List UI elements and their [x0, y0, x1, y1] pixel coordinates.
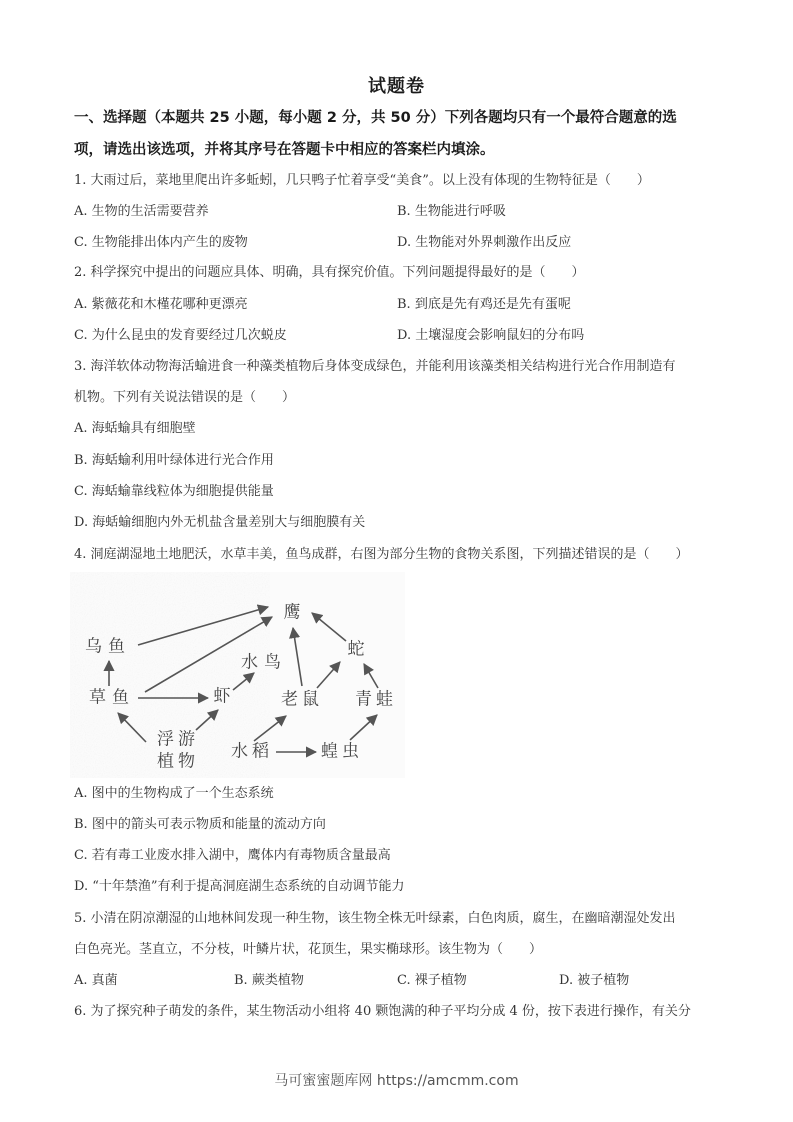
question-3-stem-line-1: 3. 海洋软体动物海活蝓进食一种藻类植物后身体变成绿色，并能利用该藻类相关结构进… [74, 358, 676, 376]
option-text: 图中的生物构成了一个生态系统 [92, 786, 274, 801]
question-number: 5. [74, 911, 86, 926]
node-black-carp: 乌鱼 [85, 637, 131, 657]
question-5-stem-line-1: 5. 小清在阴凉潮湿的山地林间发现一种生物，该生物全株无叶绿素，白色肉质，腐生，… [74, 910, 676, 928]
question-2-option-d[interactable]: D. 土壤湿度会影响鼠妇的分布吗 [397, 327, 584, 345]
section-heading-line-1: 一、选择题（本题共 25 小题，每小题 2 分，共 50 分）下列各题均只有一个… [74, 102, 734, 134]
option-text: 生物能进行呼吸 [415, 204, 506, 219]
node-plankton-line-2: 植物 [157, 752, 199, 772]
question-4-option-a[interactable]: A. 图中的生物构成了一个生态系统 [74, 785, 274, 803]
question-5-option-b[interactable]: B. 蕨类植物 [234, 972, 304, 990]
node-locust: 蝗虫 [321, 742, 363, 762]
question-2-option-b[interactable]: B. 到底是先有鸡还是先有蛋呢 [397, 296, 571, 314]
question-number: 4. [74, 547, 86, 562]
option-text: 裸子植物 [415, 973, 467, 988]
question-text: 小清在阴凉潮湿的山地林间发现一种生物，该生物全株无叶绿素，白色肉质，腐生，在幽暗… [91, 911, 676, 926]
question-6-stem: 6. 为了探究种子萌发的条件，某生物活动小组将 40 颗饱满的种子平均分成 4 … [74, 1003, 691, 1021]
option-text: “十年禁渔”有利于提高洞庭湖生态系统的自动调节能力 [92, 879, 404, 894]
option-text: 海蛞蝓利用叶绿体进行光合作用 [92, 453, 274, 468]
option-text: 海蛞蝓细胞内外无机盐含量差别大与细胞膜有关 [92, 515, 365, 530]
question-text: 为了探究种子萌发的条件，某生物活动小组将 40 颗饱满的种子平均分成 4 份，按… [91, 1004, 691, 1019]
option-label: A. [74, 297, 88, 312]
option-label: B. [397, 297, 411, 312]
option-label: D. [397, 235, 411, 250]
node-frog: 青蛙 [355, 690, 397, 710]
question-3-option-d[interactable]: D. 海蛞蝓细胞内外无机盐含量差别大与细胞膜有关 [74, 514, 365, 532]
node-plankton-line-1: 浮游 [157, 730, 199, 750]
question-3-stem-line-2: 机物。下列有关说法错误的是（ ） [74, 389, 295, 407]
option-text: 紫薇花和木槿花哪种更漂亮 [92, 297, 248, 312]
option-text: 图中的箭头可表示物质和能量的流动方向 [92, 817, 326, 832]
option-label: B. [74, 817, 88, 832]
option-text: 生物能对外界刺激作出反应 [415, 235, 571, 250]
question-5-option-c[interactable]: C. 裸子植物 [397, 972, 467, 990]
question-number: 6. [74, 1004, 86, 1019]
option-label: D. [74, 879, 88, 894]
option-text: 海蛞蝓具有细胞壁 [92, 421, 196, 436]
question-4-option-c[interactable]: C. 若有毒工业废水排入湖中，鹰体内有毒物质含量最高 [74, 847, 391, 865]
section-heading: 一、选择题（本题共 25 小题，每小题 2 分，共 50 分）下列各题均只有一个… [74, 102, 734, 166]
question-5-option-d[interactable]: D. 被子植物 [559, 972, 629, 990]
option-text: 为什么昆虫的发育要经过几次蜕皮 [92, 328, 287, 343]
option-label: D. [559, 973, 573, 988]
page-title: 试题卷 [0, 72, 793, 98]
option-label: C. [74, 848, 88, 863]
question-number: 1. [74, 173, 86, 188]
option-text: 到底是先有鸡还是先有蛋呢 [415, 297, 571, 312]
option-label: B. [397, 204, 411, 219]
question-5-option-a[interactable]: A. 真菌 [74, 972, 118, 990]
question-2-stem: 2. 科学探究中提出的问题应具体、明确，具有探究价值。下列问题提得最好的是（ ） [74, 264, 585, 282]
option-label: A. [74, 786, 88, 801]
question-text: 科学探究中提出的问题应具体、明确，具有探究价值。下列问题提得最好的是（ ） [91, 265, 585, 280]
section-heading-line-2: 项，请选出该选项，并将其序号在答题卡中相应的答案栏内填涂。 [74, 134, 734, 166]
option-text: 生物的生活需要营养 [92, 204, 209, 219]
node-snake: 蛇 [348, 640, 365, 660]
question-1-option-c[interactable]: C. 生物能排出体内产生的废物 [74, 234, 248, 252]
option-text: 若有毒工业废水排入湖中，鹰体内有毒物质含量最高 [92, 848, 391, 863]
option-text: 真菌 [92, 973, 118, 988]
question-5-stem-line-2: 白色亮光。茎直立，不分枝，叶鳞片状，花顶生，果实椭球形。该生物为（ ） [74, 941, 542, 959]
node-mouse: 老鼠 [281, 690, 323, 710]
node-water-bird: 水鸟 [241, 653, 287, 673]
question-number: 3. [74, 359, 86, 374]
footer-watermark: 马可蜜蜜题库网 https://amcmm.com [0, 1070, 793, 1090]
question-3-option-c[interactable]: C. 海蛞蝓靠线粒体为细胞提供能量 [74, 483, 274, 501]
question-3-option-a[interactable]: A. 海蛞蝓具有细胞壁 [74, 420, 196, 438]
option-label: D. [74, 515, 88, 530]
food-web-diagram: 鹰 乌鱼 水鸟 蛇 草鱼 虾 老鼠 青蛙 浮游 植物 水稻 蝗虫 [70, 572, 405, 778]
question-1-option-d[interactable]: D. 生物能对外界刺激作出反应 [397, 234, 571, 252]
option-label: C. [74, 328, 88, 343]
node-hawk: 鹰 [284, 603, 301, 623]
option-label: A. [74, 204, 88, 219]
question-4-option-b[interactable]: B. 图中的箭头可表示物质和能量的流动方向 [74, 816, 326, 834]
question-text: 海洋软体动物海活蝓进食一种藻类植物后身体变成绿色，并能利用该藻类相关结构进行光合… [91, 359, 676, 374]
node-rice: 水稻 [231, 742, 273, 762]
option-label: C. [74, 235, 88, 250]
question-number: 2. [74, 265, 86, 280]
option-label: B. [234, 973, 248, 988]
question-1-option-b[interactable]: B. 生物能进行呼吸 [397, 203, 506, 221]
question-2-option-c[interactable]: C. 为什么昆虫的发育要经过几次蜕皮 [74, 327, 287, 345]
option-text: 被子植物 [577, 973, 629, 988]
node-shrimp: 虾 [214, 687, 231, 707]
option-text: 蕨类植物 [252, 973, 304, 988]
option-text: 土壤湿度会影响鼠妇的分布吗 [415, 328, 584, 343]
question-4-stem: 4. 洞庭湖湿地土地肥沃，水草丰美，鱼鸟成群，右图为部分生物的食物关系图，下列描… [74, 546, 689, 564]
option-label: D. [397, 328, 411, 343]
question-text: 洞庭湖湿地土地肥沃，水草丰美，鱼鸟成群，右图为部分生物的食物关系图，下列描述错误… [91, 547, 689, 562]
option-text: 生物能排出体内产生的废物 [92, 235, 248, 250]
question-4-option-d[interactable]: D. “十年禁渔”有利于提高洞庭湖生态系统的自动调节能力 [74, 878, 405, 896]
question-3-option-b[interactable]: B. 海蛞蝓利用叶绿体进行光合作用 [74, 452, 274, 470]
node-grass-carp: 草鱼 [89, 688, 135, 708]
question-1-stem: 1. 大雨过后，菜地里爬出许多蚯蚓，几只鸭子忙着享受“美食”。以上没有体现的生物… [74, 172, 650, 190]
option-label: C. [397, 973, 411, 988]
option-label: B. [74, 453, 88, 468]
question-2-option-a[interactable]: A. 紫薇花和木槿花哪种更漂亮 [74, 296, 248, 314]
question-1-option-a[interactable]: A. 生物的生活需要营养 [74, 203, 209, 221]
option-text: 海蛞蝓靠线粒体为细胞提供能量 [92, 484, 274, 499]
option-label: A. [74, 973, 88, 988]
option-label: C. [74, 484, 88, 499]
question-text: 大雨过后，菜地里爬出许多蚯蚓，几只鸭子忙着享受“美食”。以上没有体现的生物特征是… [91, 173, 650, 188]
option-label: A. [74, 421, 88, 436]
